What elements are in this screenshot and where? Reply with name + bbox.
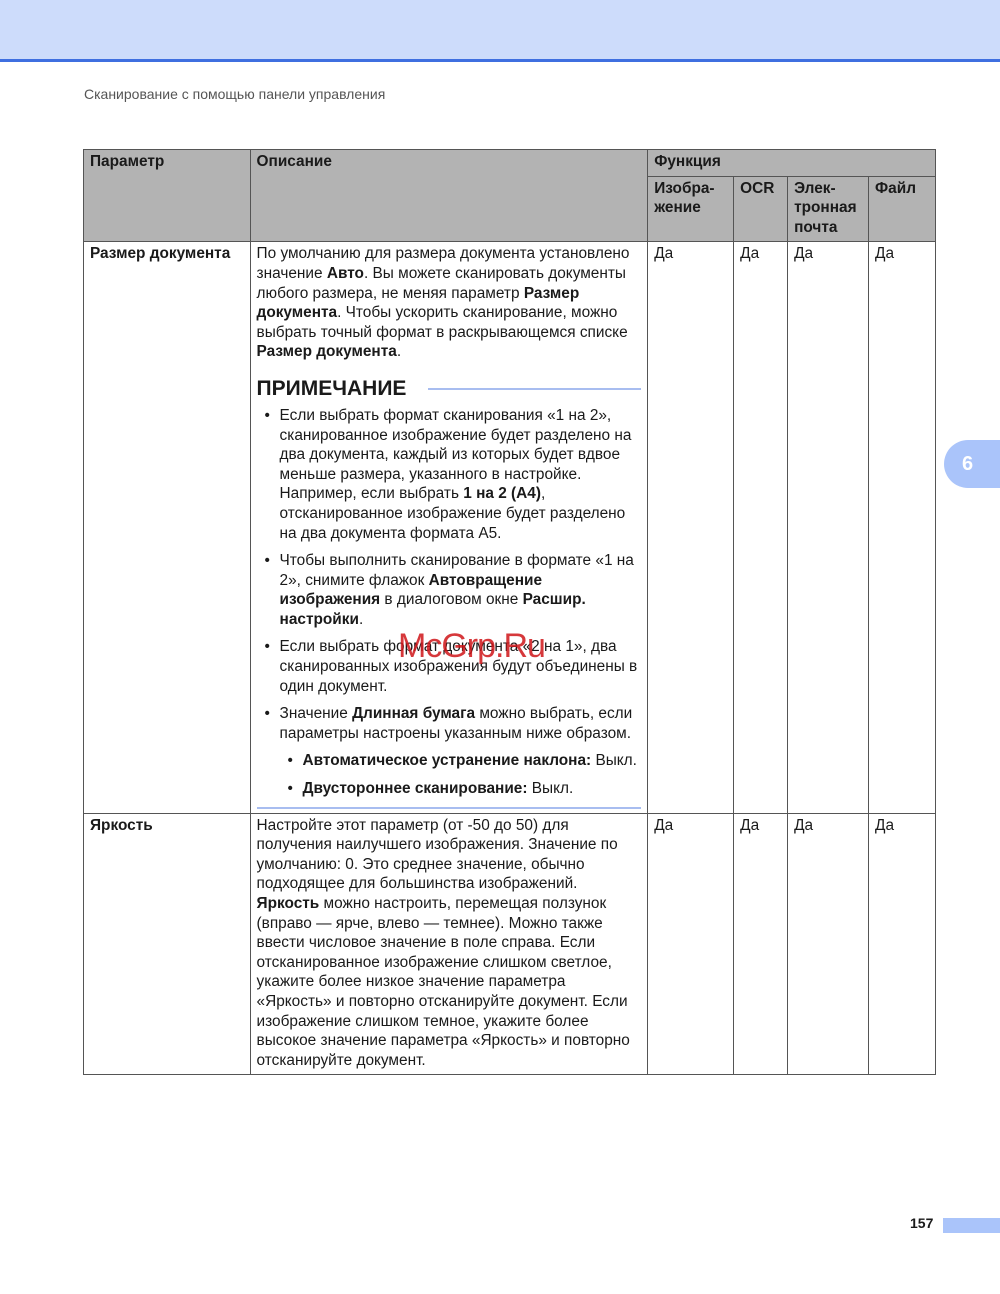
header-email: Элек-троннаяпочта [788, 176, 869, 242]
chapter-tab: 6 [944, 440, 1000, 488]
description-intro: Настройте этот параметр (от -50 до 50) д… [257, 816, 642, 1071]
header-function: Функция [648, 150, 936, 177]
note-sub-list: Автоматическое устранение наклона: Выкл.… [280, 751, 642, 798]
note-divider [428, 388, 641, 390]
function-email: Да [788, 813, 869, 1075]
table-row: Яркость Настройте этот параметр (от -50 … [84, 813, 936, 1075]
note-item: Значение Длинная бумага можно выбрать, е… [257, 704, 642, 798]
note-title: ПРИМЕЧАНИЕ [257, 376, 407, 402]
description-intro: По умолчанию для размера документа устан… [257, 244, 642, 362]
param-description: По умолчанию для размера документа устан… [250, 242, 648, 813]
function-image: Да [648, 242, 734, 813]
page-number: 157 [910, 1215, 933, 1231]
note-item: Если выбрать формат документа «2 на 1», … [257, 637, 642, 696]
note-sub-item: Двустороннее сканирование: Выкл. [280, 779, 642, 799]
header-band [0, 0, 1000, 59]
header-file: Файл [869, 176, 936, 242]
table-row: Размер документа По умолчанию для размер… [84, 242, 936, 813]
header-rule [0, 59, 1000, 62]
function-file: Да [869, 242, 936, 813]
note-list: Если выбрать формат сканирования «1 на 2… [257, 406, 642, 799]
param-name: Яркость [84, 813, 251, 1075]
header-image: Изобра-жение [648, 176, 734, 242]
note-header: ПРИМЕЧАНИЕ [257, 376, 642, 402]
note-item: Если выбрать формат сканирования «1 на 2… [257, 406, 642, 543]
header-parameter: Параметр [84, 150, 251, 242]
function-ocr: Да [734, 242, 788, 813]
function-file: Да [869, 813, 936, 1075]
header-ocr: OCR [734, 176, 788, 242]
function-email: Да [788, 242, 869, 813]
function-ocr: Да [734, 813, 788, 1075]
running-header: Сканирование с помощью панели управления [84, 86, 385, 102]
param-name: Размер документа [84, 242, 251, 813]
note-bottom-divider [257, 807, 642, 809]
parameters-table: Параметр Описание Функция Изобра-жение O… [83, 149, 936, 1075]
header-description: Описание [250, 150, 648, 242]
param-description: Настройте этот параметр (от -50 до 50) д… [250, 813, 648, 1075]
note-item: Чтобы выполнить сканирование в формате «… [257, 551, 642, 629]
function-image: Да [648, 813, 734, 1075]
note-sub-item: Автоматическое устранение наклона: Выкл. [280, 751, 642, 771]
page-number-bar [943, 1218, 1000, 1233]
